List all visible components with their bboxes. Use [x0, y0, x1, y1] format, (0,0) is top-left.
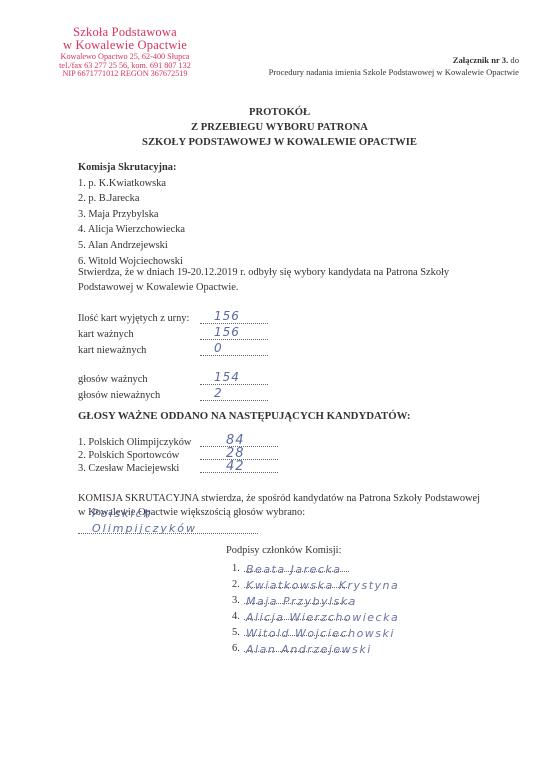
signatures-block: Podpisy członków Komisji: 1. Beata Jarec… — [226, 546, 349, 654]
signature-row: 6. Alan Andrzejewski — [226, 638, 349, 654]
signature-number: 5. — [232, 628, 244, 638]
candidate-votes: 1. Polskich Olimpijczyków 84 2. Polskich… — [78, 436, 338, 475]
title-line-3: SZKOŁY PODSTAWOWEJ W KOWALEWIE OPACTWIE — [0, 135, 559, 150]
count-row-ballots-valid: kart ważnych 156 — [78, 327, 338, 343]
annex-to: do — [508, 55, 519, 65]
count-field: 2 — [200, 388, 268, 401]
signature-number: 6. — [232, 644, 244, 654]
ballot-counts: Ilość kart wyjętych z urny: 156 kart waż… — [78, 311, 338, 404]
commission-member: 2. p. B.Jarecka — [78, 191, 185, 207]
winner-field: Polskich Olimpijczyków — [78, 521, 258, 534]
candidate-name: 1. Polskich Olimpijczyków — [78, 436, 200, 449]
count-label: kart ważnych — [78, 327, 200, 343]
signature-field: Alan Andrzejewski — [244, 641, 349, 652]
count-field: 154 — [200, 372, 268, 385]
count-field: 0 — [200, 343, 268, 356]
signature-field: Beata Jarecka — [244, 561, 349, 572]
stamp-school-location: w Kowalewie Opactwie — [40, 39, 210, 52]
title-line-1: PROTOKÓŁ — [0, 105, 559, 120]
count-row-ballots-invalid: kart nieważnych 0 — [78, 343, 338, 359]
conclusion: KOMISJA SKRUTACYJNA stwierdza, że spośró… — [78, 492, 488, 534]
candidate-row: 2. Polskich Sportowców 28 — [78, 449, 338, 462]
signature-number: 4. — [232, 612, 244, 622]
signature-row: 4. Alicja Wierzchowiecka — [226, 606, 349, 622]
count-label: Ilość kart wyjętych z urny: — [78, 311, 200, 327]
signature-field: Maja Przybylska — [244, 593, 349, 604]
signature-row: 5. Witold Wojciechowski — [226, 622, 349, 638]
vote-field: 42 — [200, 462, 278, 473]
signature-field: Kwiatkowska Krystyna — [244, 577, 349, 588]
signature-row: 1. Beata Jarecka — [226, 558, 349, 574]
signatures-heading: Podpisy członków Komisji: — [226, 546, 349, 556]
annex-number: Załącznik nr 3. — [453, 55, 508, 65]
count-row-votes-valid: głosów ważnych 154 — [78, 372, 338, 388]
annex-header: Załącznik nr 3. do Procedury nadania imi… — [269, 54, 519, 79]
signature-row: 2. Kwiatkowska Krystyna — [226, 574, 349, 590]
commission-member: 1. p. K.Kwiatkowska — [78, 176, 185, 192]
handwritten-signature: Beata Jarecka — [246, 564, 342, 575]
annex-subtitle: Procedury nadania imienia Szkole Podstaw… — [269, 66, 519, 78]
commission-member: 3. Maja Przybylska — [78, 207, 185, 223]
votes-heading: GŁOSY WAŻNE ODDANO NA NASTĘPUJĄCYCH KAND… — [78, 408, 410, 424]
handwritten-signature: Alicja Wierzchowiecka — [246, 612, 399, 623]
candidate-name: 3. Czesław Maciejewski — [78, 462, 200, 475]
handwritten-signature: Alan Andrzejewski — [246, 644, 372, 655]
signature-number: 1. — [232, 564, 244, 574]
count-label: głosów ważnych — [78, 372, 200, 388]
signature-number: 2. — [232, 580, 244, 590]
count-label: kart nieważnych — [78, 343, 200, 359]
signature-row: 3. Maja Przybylska — [226, 590, 349, 606]
document-title: PROTOKÓŁ Z PRZEBIEGU WYBORU PATRONA SZKO… — [0, 105, 559, 150]
handwritten-value: 2 — [214, 384, 223, 402]
candidate-row: 1. Polskich Olimpijczyków 84 — [78, 436, 338, 449]
count-row-ballots-taken: Ilość kart wyjętych z urny: 156 — [78, 311, 338, 327]
school-stamp: Szkoła Podstawowa w Kowalewie Opactwie K… — [40, 26, 210, 79]
stamp-nip-regon: NIP 6671771012 REGON 367672519 — [40, 70, 210, 79]
signature-field: Witold Wojciechowski — [244, 625, 349, 636]
commission-member: 5. Alan Andrzejewski — [78, 238, 185, 254]
candidate-row: 3. Czesław Maciejewski 42 — [78, 462, 338, 475]
candidate-name: 2. Polskich Sportowców — [78, 449, 200, 462]
commission-heading: Komisja Skrutacyjna: — [78, 160, 185, 176]
handwritten-value: 42 — [226, 459, 245, 475]
handwritten-signature: Kwiatkowska Krystyna — [246, 580, 399, 591]
title-line-2: Z PRZEBIEGU WYBORU PATRONA — [0, 120, 559, 135]
election-statement: Stwierdza, że w dniach 19-20.12.2019 r. … — [78, 266, 498, 295]
commission-list: Komisja Skrutacyjna: 1. p. K.Kwiatkowska… — [78, 160, 185, 269]
signature-field: Alicja Wierzchowiecka — [244, 609, 349, 620]
handwritten-value: 0 — [214, 339, 223, 357]
annex-title: Załącznik nr 3. do — [269, 54, 519, 66]
commission-member: 4. Alicja Wierzchowiecka — [78, 222, 185, 238]
handwritten-signature: Maja Przybylska — [246, 596, 357, 607]
count-field: 156 — [200, 327, 268, 340]
handwritten-signature: Witold Wojciechowski — [246, 628, 395, 639]
count-row-votes-invalid: głosów nieważnych 2 — [78, 388, 338, 404]
count-label: głosów nieważnych — [78, 388, 200, 404]
signature-number: 3. — [232, 596, 244, 606]
handwritten-winner: Polskich Olimpijczyków — [92, 507, 258, 536]
